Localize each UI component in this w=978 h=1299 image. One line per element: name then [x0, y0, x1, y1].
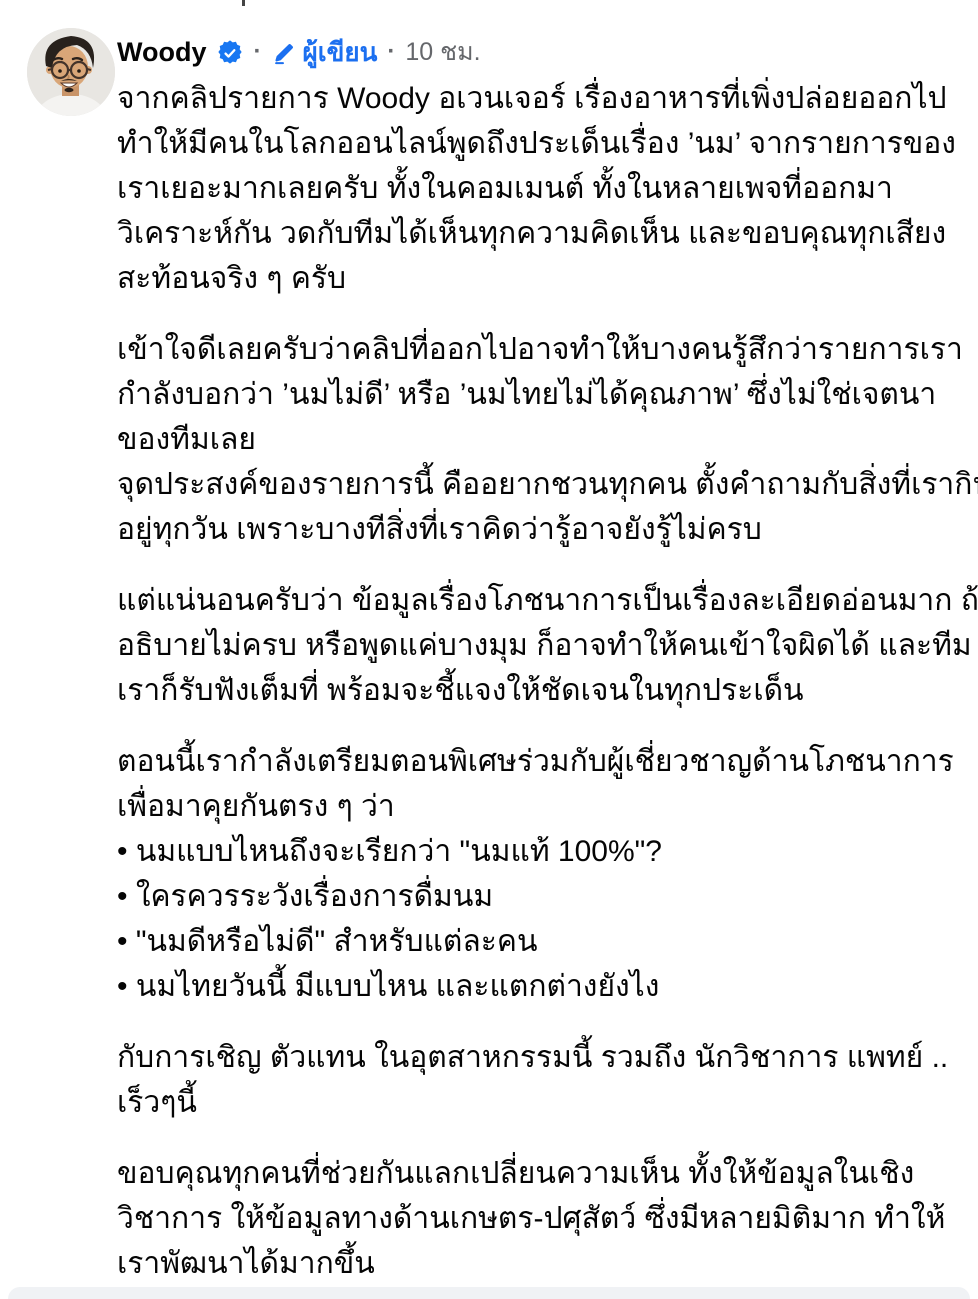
timestamp[interactable]: 10 ชม.	[405, 32, 480, 72]
author-badge: ผู้เขียน	[272, 32, 378, 73]
post-header: Woody · ผู้เขียน · 10 ชม.	[117, 34, 481, 70]
post-text-line: อธิบายไม่ครบ หรือพูดแค่บางมุม ก็อาจทำให้…	[117, 623, 970, 668]
post-text-line: ทำให้มีคนในโลกออนไลน์พูดถึงประเด็นเรื่อง…	[117, 121, 970, 166]
author-name[interactable]: Woody	[117, 37, 207, 68]
post-paragraph: ขอบคุณทุกคนที่ช่วยกันแลกเปลี่ยนความเห็น …	[117, 1151, 970, 1286]
cropped-content-fragment	[242, 0, 245, 6]
post-text-line: วิชาการ ให้ข้อมูลทางด้านเกษตร-ปศุสัตว์ ซ…	[117, 1196, 970, 1241]
post-text-line: เราก็รับฟังเต็มที่ พร้อมจะชี้แจงให้ชัดเจ…	[117, 668, 970, 713]
post-paragraph: จากคลิปรายการ Woody อเวนเจอร์ เรื่องอาหา…	[117, 76, 970, 301]
separator-dot: ·	[254, 38, 262, 66]
comment-box-strip[interactable]	[8, 1287, 970, 1299]
post-text-line: จากคลิปรายการ Woody อเวนเจอร์ เรื่องอาหา…	[117, 76, 970, 121]
post-text-line: • นมแบบไหนถึงจะเรียกว่า "นมแท้ 100%"?	[117, 829, 970, 874]
post-text-line: • "นมดีหรือไม่ดี" สำหรับแต่ละคน	[117, 919, 970, 964]
post-paragraph: ตอนนี้เรากำลังเตรียมตอนพิเศษร่วมกับผู้เช…	[117, 739, 970, 1009]
avatar[interactable]	[27, 28, 115, 116]
post-text-line: ขอบคุณทุกคนที่ช่วยกันแลกเปลี่ยนความเห็น …	[117, 1151, 970, 1196]
verified-badge-icon	[216, 38, 244, 66]
profile-photo-icon	[27, 28, 115, 116]
post-text-line: เข้าใจดีเลยครับว่าคลิปที่ออกไปอาจทำให้บา…	[117, 327, 970, 372]
post-text-line: เร็วๆนี้	[117, 1080, 970, 1125]
post-text-line: ของทีมเลย	[117, 417, 970, 462]
post-text: จากคลิปรายการ Woody อเวนเจอร์ เรื่องอาหา…	[117, 76, 970, 1286]
post-text-line: ตอนนี้เรากำลังเตรียมตอนพิเศษร่วมกับผู้เช…	[117, 739, 970, 784]
post-text-line: กับการเชิญ ตัวแทน ในอุตสาหกรรมนี้ รวมถึง…	[117, 1035, 970, 1080]
post-text-line: แต่แน่นอนครับว่า ข้อมูลเรื่องโภชนาการเป็…	[117, 578, 970, 623]
pencil-icon	[272, 40, 297, 65]
author-badge-label: ผู้เขียน	[303, 32, 378, 73]
post-text-line: เพื่อมาคุยกันตรง ๆ ว่า	[117, 784, 970, 829]
post-text-line: • นมไทยวันนี้ มีแบบไหน และแตกต่างยังไง	[117, 964, 970, 1009]
post-text-line: สะท้อนจริง ๆ ครับ	[117, 256, 970, 301]
post-text-line: เราพัฒนาได้มากขึ้น	[117, 1241, 970, 1286]
separator-dot: ·	[387, 38, 395, 66]
post-text-line: วิเคราะห์กัน วดกับทีมได้เห็นทุกความคิดเห…	[117, 211, 970, 256]
post-text-line: • ใครควรระวังเรื่องการดื่มนม	[117, 874, 970, 919]
post-text-line: เราเยอะมากเลยครับ ทั้งในคอมเมนต์ ทั้งในห…	[117, 166, 970, 211]
post-text-line: จุดประสงค์ของรายการนี้ คืออยากชวนทุกคน ต…	[117, 462, 970, 507]
post-paragraph: เข้าใจดีเลยครับว่าคลิปที่ออกไปอาจทำให้บา…	[117, 327, 970, 552]
post-text-line: กำลังบอกว่า ’นมไม่ดี’ หรือ ’นมไทยไม่ได้ค…	[117, 372, 970, 417]
post-text-line: อยู่ทุกวัน เพราะบางทีสิ่งที่เราคิดว่ารู้…	[117, 507, 970, 552]
post-paragraph: กับการเชิญ ตัวแทน ในอุตสาหกรรมนี้ รวมถึง…	[117, 1035, 970, 1125]
post-paragraph: แต่แน่นอนครับว่า ข้อมูลเรื่องโภชนาการเป็…	[117, 578, 970, 713]
